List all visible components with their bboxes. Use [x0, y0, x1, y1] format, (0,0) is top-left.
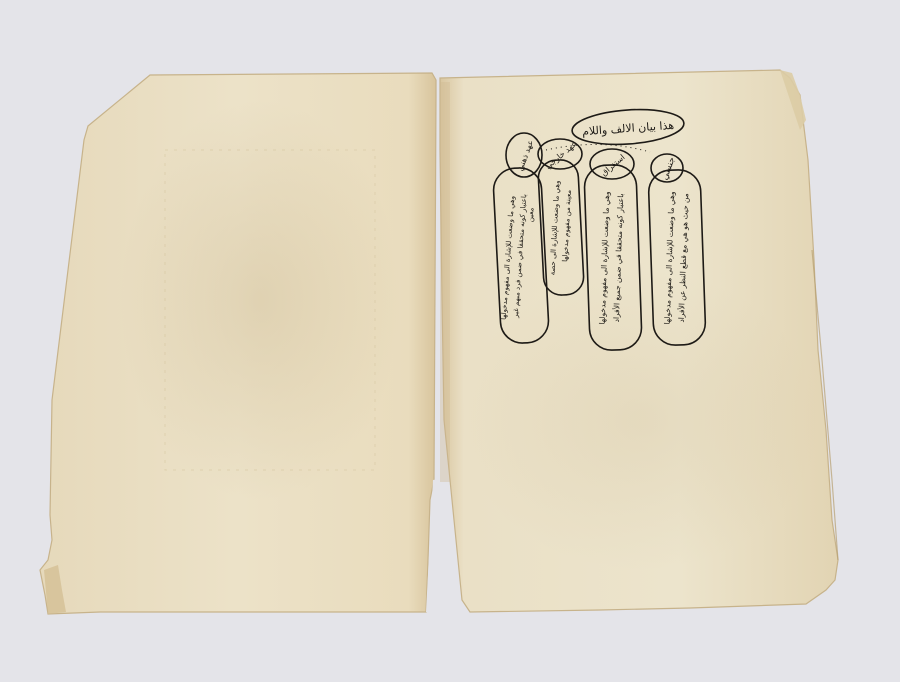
right-page: [440, 70, 838, 612]
manuscript-photo: هذا بيان الالف واللام جنسي استغراق عهد خ…: [0, 0, 900, 682]
svg-text:معين: معين: [527, 207, 536, 222]
left-page: [40, 73, 436, 614]
